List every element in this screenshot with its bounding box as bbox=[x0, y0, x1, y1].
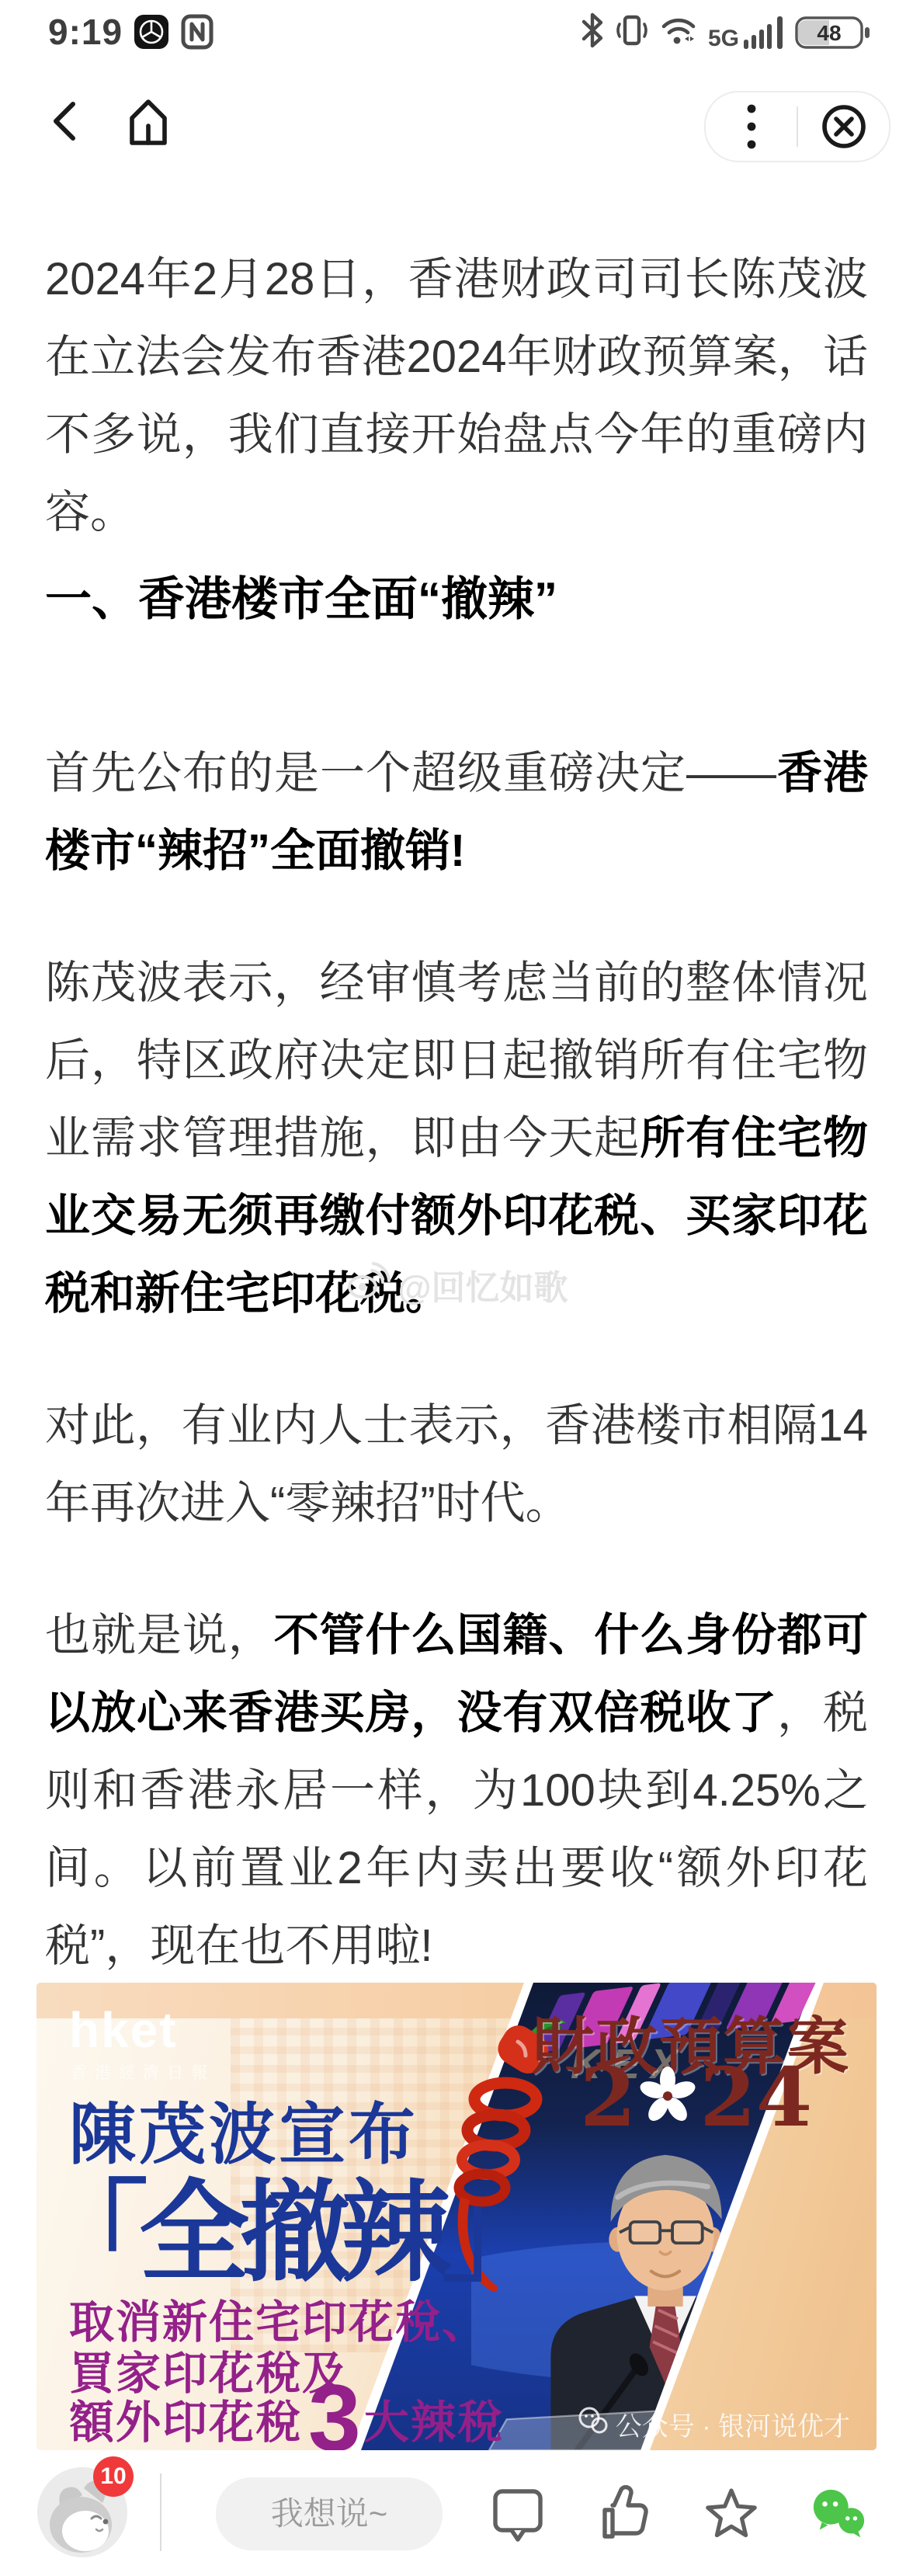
hero-subtitle-3: 額外印花稅 3 大辣稅 bbox=[69, 2382, 504, 2449]
close-button[interactable] bbox=[798, 92, 889, 161]
battery-percent-text: 48 bbox=[817, 21, 841, 45]
comment-input[interactable] bbox=[216, 2477, 443, 2550]
article-image[interactable]: KEX bbox=[36, 1983, 877, 2450]
paragraph-industry: 对此，有业内人士表示，香港楼市相隔14年再次进入“零辣招”时代。 bbox=[45, 1387, 868, 1542]
nfc-icon bbox=[180, 14, 214, 54]
weibo-icon bbox=[345, 1261, 391, 1309]
battery-icon: 48 bbox=[795, 15, 871, 50]
bluetooth-icon bbox=[581, 12, 604, 52]
like-button[interactable] bbox=[595, 2484, 654, 2543]
wifi-icon bbox=[660, 12, 697, 52]
hero-watermark-text: 公众号 · 银河说优才 bbox=[616, 2405, 850, 2443]
back-button[interactable] bbox=[48, 99, 82, 147]
bauhinia-flower-icon bbox=[637, 2066, 698, 2129]
paragraph-intro: 2024年2月28日，香港财政司司长陈茂波在立法会发布香港2024年财政预算案，… bbox=[45, 241, 868, 551]
hero-big-number: 3 bbox=[308, 2382, 361, 2450]
hero-watermark: 公众号 · 银河说优才 bbox=[577, 2405, 850, 2443]
wechat-outline-icon bbox=[577, 2407, 608, 2442]
vibrate-icon bbox=[615, 12, 649, 52]
budget-year: 2 24 bbox=[580, 2057, 812, 2138]
status-time: 9:19 bbox=[48, 11, 123, 53]
home-button[interactable] bbox=[123, 95, 174, 151]
notification-badge: 10 bbox=[93, 2456, 134, 2497]
hero-title-line2: 「全撤辣」 bbox=[38, 2144, 543, 2303]
wechat-share-button[interactable] bbox=[810, 2484, 869, 2543]
paragraph-summary: 也就是说，不管什么国籍、什么身份都可以放心来香港买房，没有双倍税收了，税则和香港… bbox=[45, 1597, 868, 1985]
status-right-icons: 5G 48 bbox=[581, 12, 871, 52]
comment-button[interactable] bbox=[488, 2484, 547, 2543]
more-menu-button[interactable] bbox=[706, 92, 797, 161]
bottom-divider bbox=[160, 2473, 161, 2551]
bottom-bar bbox=[0, 2452, 913, 2576]
hero-subtitle-3-tail: 大辣稅 bbox=[364, 2397, 504, 2449]
mercedes-app-icon bbox=[134, 14, 169, 54]
screen: 9:19 5G 48 bbox=[0, 0, 913, 2576]
paragraph-announce: 首先公布的是一个超级重磅决定——香港楼市“辣招”全面撤销! bbox=[45, 735, 868, 890]
window-controls bbox=[704, 91, 890, 162]
favorite-button[interactable] bbox=[702, 2484, 761, 2543]
hket-logo: hket bbox=[69, 2001, 178, 2059]
signal-5g-icon: 5G bbox=[708, 15, 784, 50]
weibo-watermark: @回忆如歌 bbox=[0, 1260, 913, 1309]
hero-subtitle-3-text: 額外印花稅 bbox=[69, 2397, 302, 2449]
status-left-icons bbox=[134, 14, 214, 54]
section-heading: 一、香港楼市全面“撤辣” bbox=[45, 561, 868, 638]
watermark-text: @回忆如歌 bbox=[398, 1260, 568, 1309]
